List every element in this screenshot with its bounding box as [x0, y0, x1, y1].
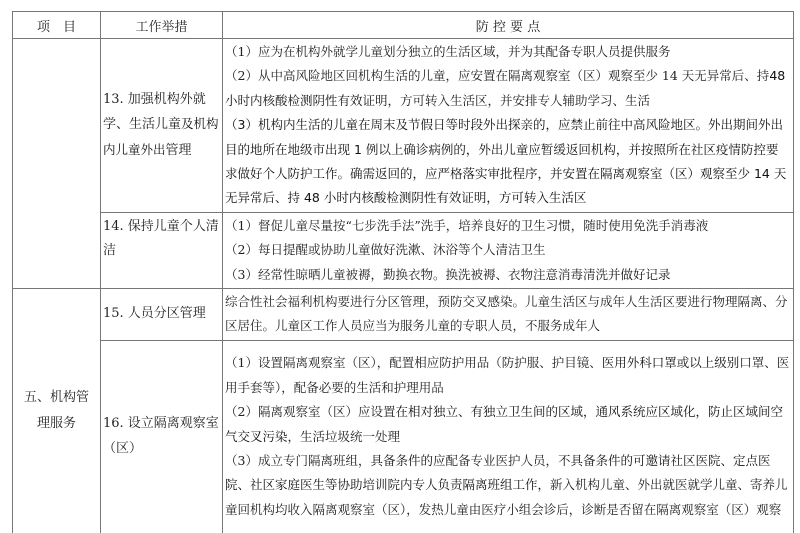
point-text: （2）每日提醒或协助儿童做好洗漱、沐浴等个人清洁卫生: [225, 242, 545, 257]
point-text: 配备专业医护人员，: [445, 453, 558, 468]
point-text: （1）应为在机构外就学儿童划分独立的生活区域，并为其配备专职人员提供服务: [225, 44, 670, 59]
measure-text: 14. 保持儿童个人清洁: [103, 219, 219, 259]
measure-text: 16. 设立隔离观察室（区）: [103, 416, 219, 456]
header-measure: 工作举措: [101, 12, 223, 39]
category-cell: [13, 39, 101, 289]
header-category: 项 目: [13, 12, 101, 39]
measure-cell: 16. 设立隔离观察室（区）: [101, 340, 223, 533]
point-item: （2）从中高风险地区回机构生活的儿童，应安置在隔离观察室（区）观察至少 14 天…: [225, 64, 790, 113]
table-row: 14. 保持儿童个人清洁 （1）督促儿童尽量按“七步洗手法”洗手，培养良好的卫生…: [13, 212, 794, 288]
point-item: （2）每日提醒或协助儿童做好洗漱、沐浴等个人清洁卫生: [225, 238, 790, 262]
point-item: （3）机构内生活的儿童在周末及节假日等时段外出探亲的，应禁止前往中高风险地区。外…: [225, 113, 790, 211]
point-text-bold: 医用外科口罩或以上级别: [602, 355, 740, 370]
point-text: （2）从中高风险地区回机构生活的儿童，应安置在隔离观察室（区）观察至少 14 天…: [225, 68, 769, 83]
point-text-bold: （3）机构内生活的儿童在周末及节假日等时段外出探亲的，应禁止前往中高风险地区。外…: [225, 117, 786, 205]
point-text: 综合性社会福利机构要进行分区管理，预防交叉感染。儿童生活区与成年人生活区要进行物…: [225, 294, 788, 333]
point-text: （2）隔离观察室（区）应设置: [225, 404, 395, 419]
point-item: （1）应为在机构外就学儿童划分独立的生活区域，并为其配备专职人员提供服务: [225, 40, 790, 64]
measure-text: 15. 人员分区管理: [103, 306, 206, 321]
category-cell: 五、机构管理服务: [13, 289, 101, 533]
point-item: （1）督促儿童尽量按“七步洗手法”洗手，培养良好的卫生习惯，随时使用免洗手消毒液: [225, 214, 790, 238]
header-key-points: 防 控 要 点: [223, 12, 794, 39]
point-item: （3）成立专门隔离班组，具备条件的应配备专业医护人员，不具备条件的可邀请社区医院…: [225, 449, 790, 522]
point-text: ，生活垃圾统一处理: [288, 429, 401, 444]
table-row: 16. 设立隔离观察室（区） （1）设置隔离观察室（区），配置相应防护用品（防护…: [13, 340, 794, 533]
point-item: （3）经常性晾晒儿童被褥，勤换衣物。换洗被褥、衣物注意消毒清洗并做好记录: [225, 263, 790, 287]
table-header-row: 项 目 工作举措 防 控 要 点: [13, 12, 794, 39]
point-item: （2）隔离观察室（区）应设置在相对独立、有独立卫生间的区域，通风系统应区域化，防…: [225, 400, 790, 449]
measure-cell: 15. 人员分区管理: [101, 289, 223, 341]
point-text-bold: 具备条件的应: [370, 453, 445, 468]
epidemic-control-table: 项 目 工作举措 防 控 要 点 13. 加强机构外就学、生活儿童及机构内儿童外…: [12, 11, 794, 533]
key-points-cell: （1）应为在机构外就学儿童划分独立的生活区域，并为其配备专职人员提供服务 （2）…: [223, 39, 794, 213]
point-text: ，方可转入生活区，并安排专人辅助学习、生活: [388, 93, 651, 108]
measure-cell: 14. 保持儿童个人清洁: [101, 212, 223, 288]
key-points-cell: （1）督促儿童尽量按“七步洗手法”洗手，培养良好的卫生习惯，随时使用免洗手消毒液…: [223, 212, 794, 288]
point-text: （1）督促儿童尽量按“七步洗手法”洗手，培养良好的卫生习惯，随时使用免洗手消毒液: [225, 218, 708, 233]
point-item: 综合性社会福利机构要进行分区管理，预防交叉感染。儿童生活区与成年人生活区要进行物…: [225, 290, 790, 339]
point-text-bold: 并做好记录: [608, 267, 671, 282]
table-row: 13. 加强机构外就学、生活儿童及机构内儿童外出管理 （1）应为在机构外就学儿童…: [13, 39, 794, 213]
table-row: 五、机构管理服务 15. 人员分区管理 综合性社会福利机构要进行分区管理，预防交…: [13, 289, 794, 341]
point-text: （3）成立专门隔离班组，: [225, 453, 370, 468]
key-points-cell: 综合性社会福利机构要进行分区管理，预防交叉感染。儿童生活区与成年人生活区要进行物…: [223, 289, 794, 341]
point-item: （1）设置隔离观察室（区），配置相应防护用品（防护服、护目镜、医用外科口罩或以上…: [225, 351, 790, 400]
measure-text: 管理: [166, 143, 192, 158]
key-points-cell: （1）设置隔离观察室（区），配置相应防护用品（防护服、护目镜、医用外科口罩或以上…: [223, 340, 794, 533]
point-text: （1）设置隔离观察室（区），配置相应防护用品（防护服、护目镜、: [225, 355, 602, 370]
measure-cell: 13. 加强机构外就学、生活儿童及机构内儿童外出管理: [101, 39, 223, 213]
point-text: （3）经常性晾晒儿童被褥，勤换衣物。换洗被褥、衣物注意消毒清洗: [225, 267, 608, 282]
